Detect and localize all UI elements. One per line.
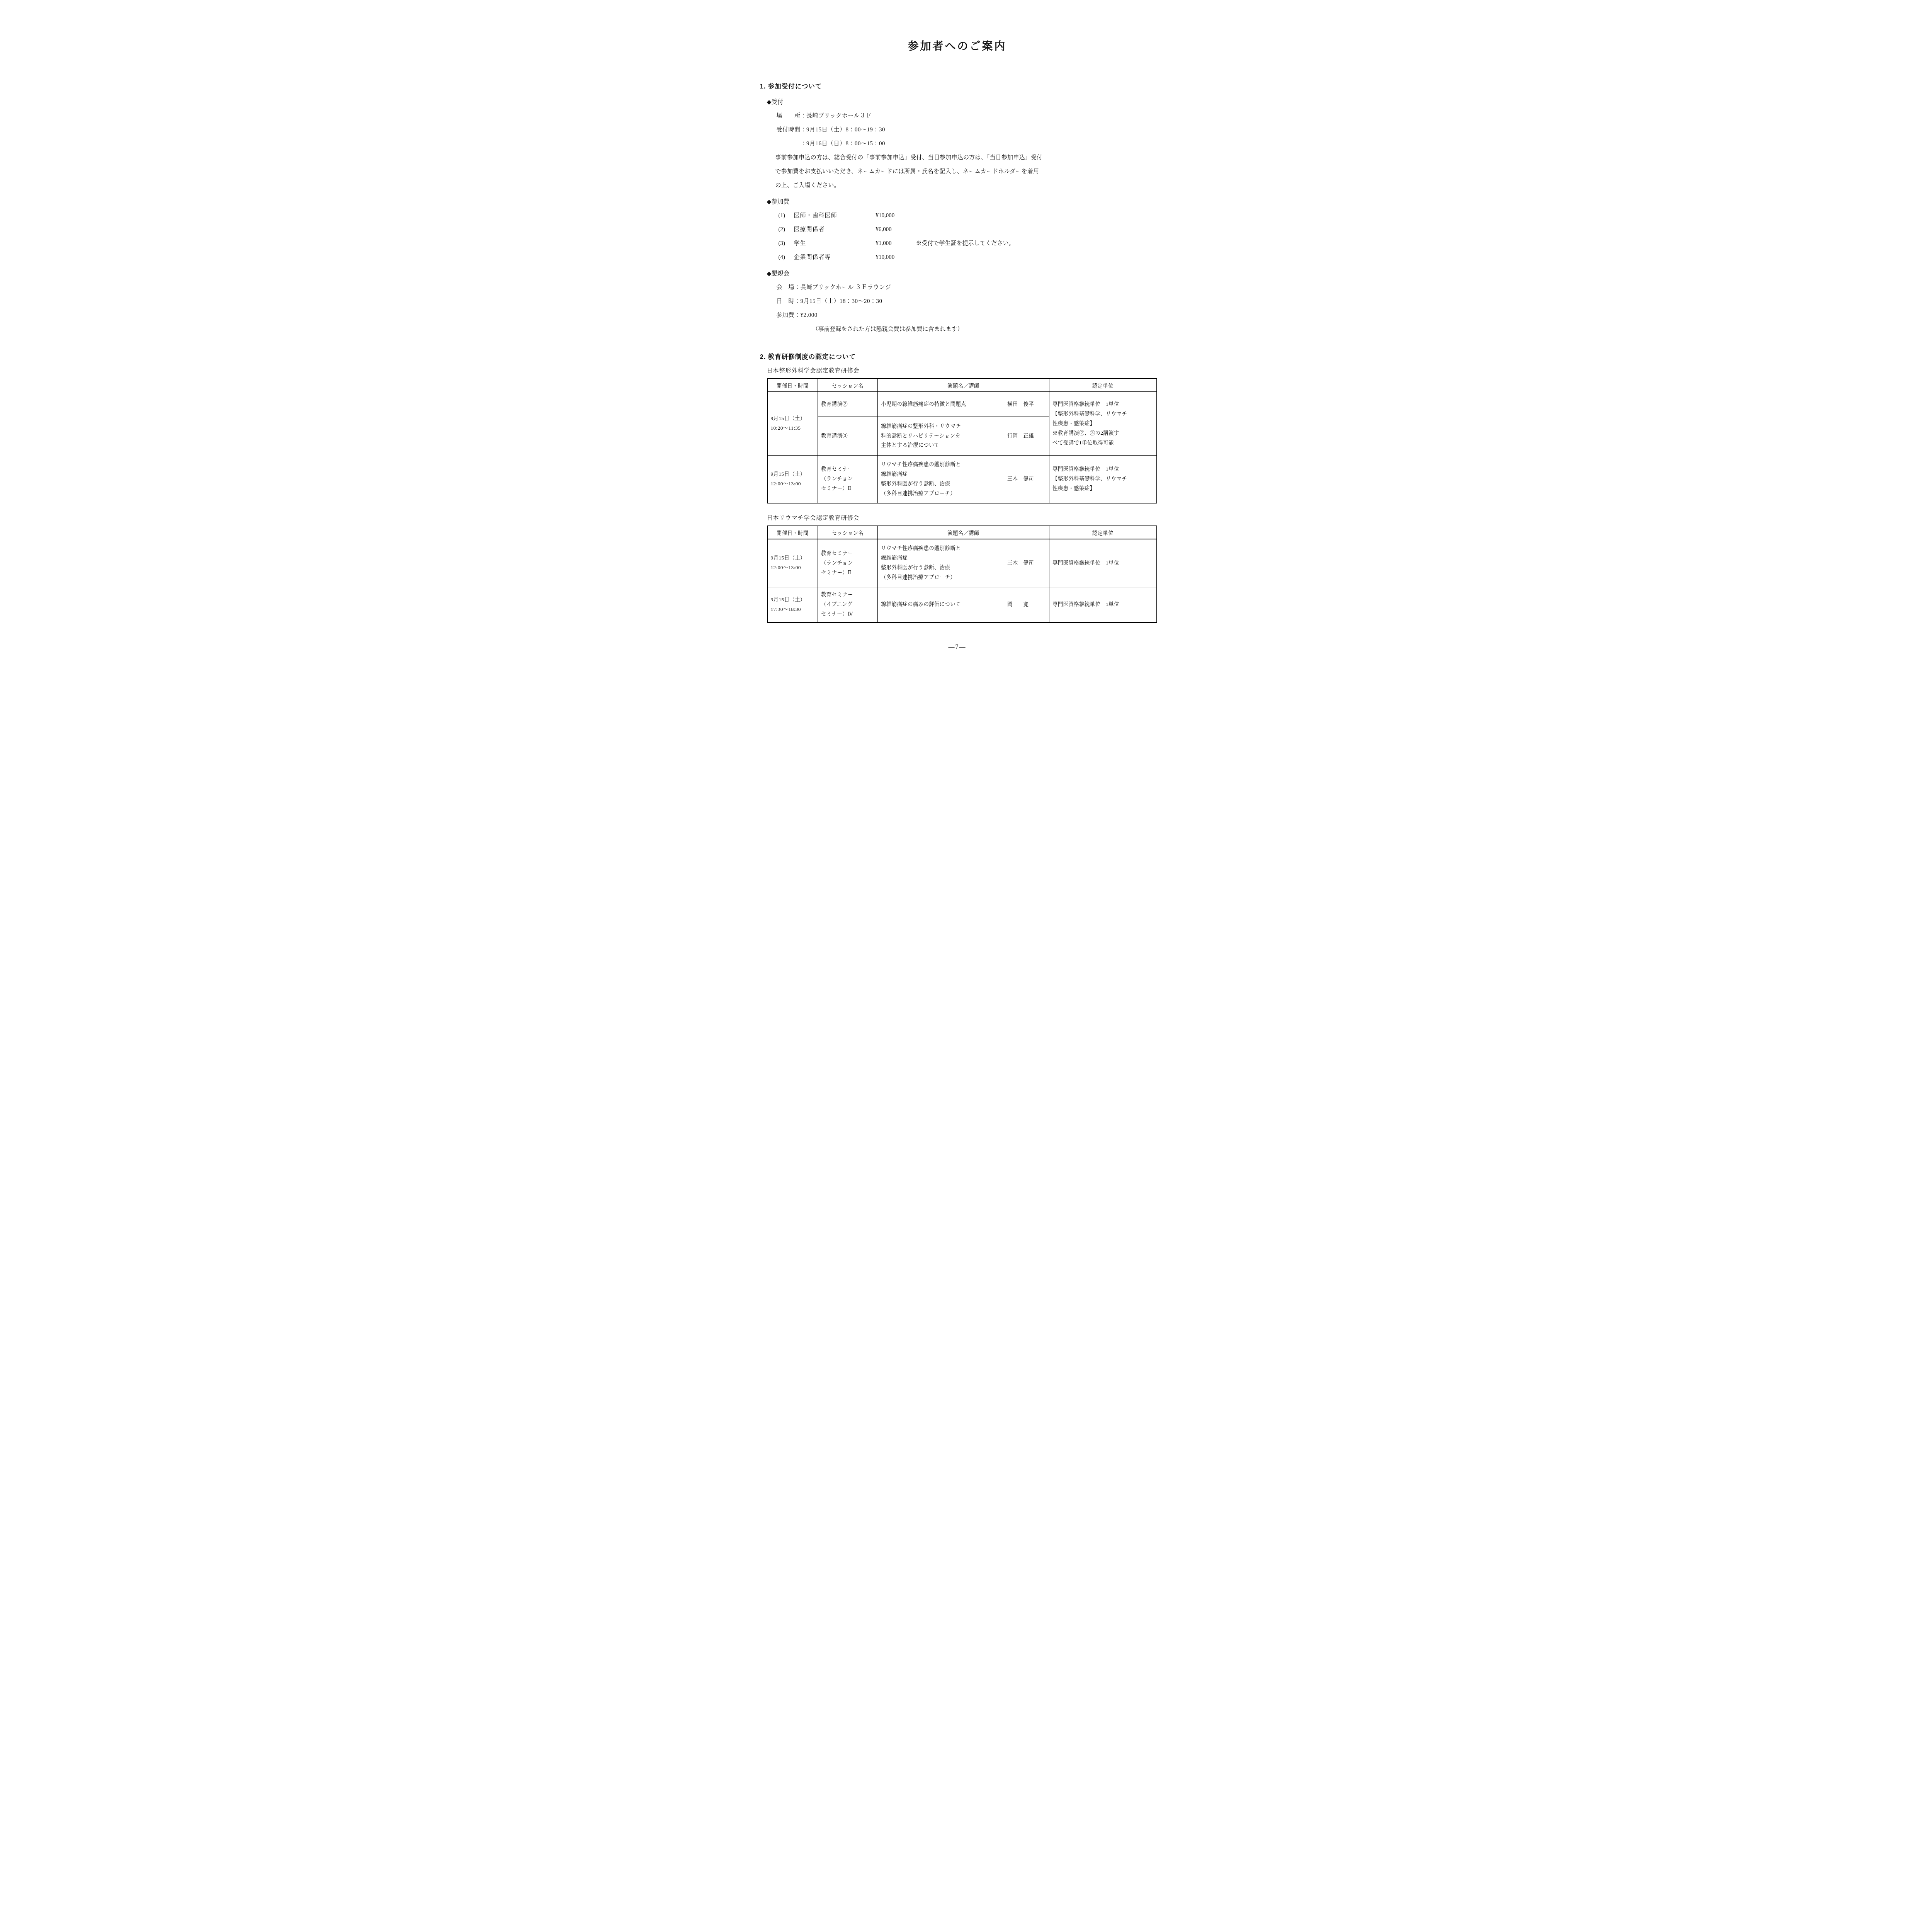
table2-header-unit: 認定単位 [1049, 526, 1157, 539]
banquet-datetime: 日 時：9月15日（土）18：30～20：30 [777, 294, 1158, 308]
spacer [757, 336, 1158, 352]
fee-category: 医療関係者 [794, 223, 876, 236]
table1-rowA1-speaker: 横田 俊平 [1004, 392, 1049, 417]
table1-title: 日本整形外科学会認定教育研修会 [767, 366, 1158, 374]
banquet-label: ◆懇親会 [767, 267, 1158, 281]
table1-rowA1-title: 小児期の線維筋痛症の特徴と問題点 [878, 392, 1004, 417]
table2-row1-title: リウマチ性疼痛疾患の鑑別診断と 線維筋痛症 整形外科医が行う診断、治療 （多科目… [878, 539, 1004, 587]
banquet-note: （事前登録をされた方は懇親会費は参加費に含まれます） [813, 322, 1158, 336]
table2-header-row: 開催日・時間 セッション名 演題名／講師 認定単位 [767, 526, 1157, 539]
table1-rowA-unit: 専門医資格継続単位 1単位 【整形外科基礎科学、リウマチ 性疾患・感染症】 ※教… [1049, 392, 1157, 455]
reception-hours-day1: 受付時間：9月15日（土）8：00～19：30 [777, 123, 1158, 137]
table1-rowB-datetime: 9月15日（土） 12:00～13:00 [767, 455, 818, 503]
fee-item-company: (4) 企業関係者等 ¥10,000 [779, 250, 1158, 264]
table2-row1-unit: 専門医資格継続単位 1単位 [1049, 539, 1157, 587]
table2-header-lecture: 演題名／講師 [878, 526, 1049, 539]
fee-item-medical-staff: (2) 医療関係者 ¥6,000 [779, 223, 1158, 236]
fee-item-student: (3) 学生 ¥1,000 ※受付で学生証を提示してください。 [779, 236, 1158, 250]
spacer [757, 192, 1158, 196]
table2-row1-speaker: 三木 健司 [1004, 539, 1049, 587]
banquet-fee: 参加費：¥2,000 [777, 308, 1158, 322]
page-number: ―7― [757, 644, 1158, 651]
table1-rowA2-title: 線維筋痛症の整形外科・リウマチ 科的診断とリハビリテーションを 主体とする治療に… [878, 417, 1004, 455]
reception-note-line2: で参加費をお支払いいただき、ネームカードには所属・氏名を記入し、ネームカードホル… [775, 165, 1158, 179]
spacer [757, 264, 1158, 267]
fee-no: (3) [779, 236, 794, 250]
table-row: 9月15日（土） 12:00～13:00 教育セミナー （ランチョン セミナー）… [767, 539, 1157, 587]
table1-rowB-unit: 専門医資格継続単位 1単位 【整形外科基礎科学、リウマチ 性疾患・感染症】 [1049, 455, 1157, 503]
page-title: 参加者へのご案内 [757, 38, 1158, 53]
fee-note [916, 250, 1158, 264]
table1-rowA-datetime: 9月15日（土） 10:20～11:35 [767, 392, 818, 455]
table1-header-row: 開催日・時間 セッション名 演題名／講師 認定単位 [767, 379, 1157, 392]
fee-amount: ¥10,000 [876, 209, 916, 223]
table2-row2-unit: 専門医資格継続単位 1単位 [1049, 587, 1157, 622]
fee-note [916, 223, 1158, 236]
reception-hours-day2: ：9月16日（日）8：00～15：00 [777, 137, 1158, 151]
fee-category: 学生 [794, 236, 876, 250]
reception-note-line1: 事前参加申込の方は、総合受付の「事前参加申込」受付、当日参加申込の方は、「当日参… [775, 151, 1158, 165]
table2-header-session: セッション名 [818, 526, 878, 539]
fee-item-doctor: (1) 医師・歯科医師 ¥10,000 [779, 209, 1158, 223]
table2-row1-session: 教育セミナー （ランチョン セミナー）Ⅱ [818, 539, 878, 587]
fee-note [916, 209, 1158, 223]
table1-header-lecture: 演題名／講師 [878, 379, 1049, 392]
table-row: 9月15日（土） 17:30～18:30 教育セミナー （イブニング セミナー）… [767, 587, 1157, 622]
table1-header-unit: 認定単位 [1049, 379, 1157, 392]
section2-heading: 2. 教育研修制度の認定について [760, 352, 1158, 361]
table2-title: 日本リウマチ学会認定教育研修会 [767, 514, 1158, 522]
fee-no: (1) [779, 209, 794, 223]
section-reception: 1. 参加受付について ◆受付 場 所：長崎ブリックホール３Ｆ 受付時間：9月1… [757, 81, 1158, 336]
reception-place: 場 所：長崎ブリックホール３Ｆ [777, 109, 1158, 123]
table1-rowA2-session: 教育講演③ [818, 417, 878, 455]
fee-note: ※受付で学生証を提示してください。 [916, 236, 1158, 250]
reception-note-line3: の上、ご入場ください。 [775, 179, 1158, 192]
table1-rowB-title: リウマチ性疼痛疾患の鑑別診断と 線維筋痛症 整形外科医が行う診断、治療 （多科目… [878, 455, 1004, 503]
table2-row1-datetime: 9月15日（土） 12:00～13:00 [767, 539, 818, 587]
table1-rowB-session: 教育セミナー （ランチョン セミナー）Ⅱ [818, 455, 878, 503]
table2-header-datetime: 開催日・時間 [767, 526, 818, 539]
orthopaedic-society-table: 開催日・時間 セッション名 演題名／講師 認定単位 9月15日（土） 10:20… [767, 378, 1157, 503]
fee-amount: ¥1,000 [876, 236, 916, 250]
table-row: 9月15日（土） 10:20～11:35 教育講演② 小児期の線維筋痛症の特徴と… [767, 392, 1157, 417]
table2-row2-speaker: 岡 寛 [1004, 587, 1049, 622]
table2-row2-datetime: 9月15日（土） 17:30～18:30 [767, 587, 818, 622]
spacer [757, 503, 1158, 514]
fee-no: (4) [779, 250, 794, 264]
fee-amount: ¥6,000 [876, 223, 916, 236]
rheumatism-society-table: 開催日・時間 セッション名 演題名／講師 認定単位 9月15日（土） 12:00… [767, 526, 1157, 623]
table1-header-datetime: 開催日・時間 [767, 379, 818, 392]
table2-row2-title: 線維筋痛症の痛みの評価について [878, 587, 1004, 622]
table2-row2-session: 教育セミナー （イブニング セミナー）Ⅳ [818, 587, 878, 622]
table1-rowB-speaker: 三木 健司 [1004, 455, 1049, 503]
table1-rowA1-session: 教育講演② [818, 392, 878, 417]
table-row: 9月15日（土） 12:00～13:00 教育セミナー （ランチョン セミナー）… [767, 455, 1157, 503]
section-training: 2. 教育研修制度の認定について 日本整形外科学会認定教育研修会 開催日・時間 … [757, 352, 1158, 623]
document-page: 参加者へのご案内 1. 参加受付について ◆受付 場 所：長崎ブリックホール３Ｆ… [719, 0, 1198, 678]
fee-no: (2) [779, 223, 794, 236]
fee-category: 医師・歯科医師 [794, 209, 876, 223]
fees-label: ◆参加費 [767, 196, 1158, 209]
fee-category: 企業関係者等 [794, 250, 876, 264]
table1-rowA2-speaker: 行岡 正雄 [1004, 417, 1049, 455]
reception-desk-label: ◆受付 [767, 96, 1158, 109]
banquet-venue: 会 場：長崎ブリックホール ３Ｆラウンジ [777, 281, 1158, 294]
section1-heading: 1. 参加受付について [760, 81, 1158, 90]
table1-header-session: セッション名 [818, 379, 878, 392]
fee-amount: ¥10,000 [876, 250, 916, 264]
